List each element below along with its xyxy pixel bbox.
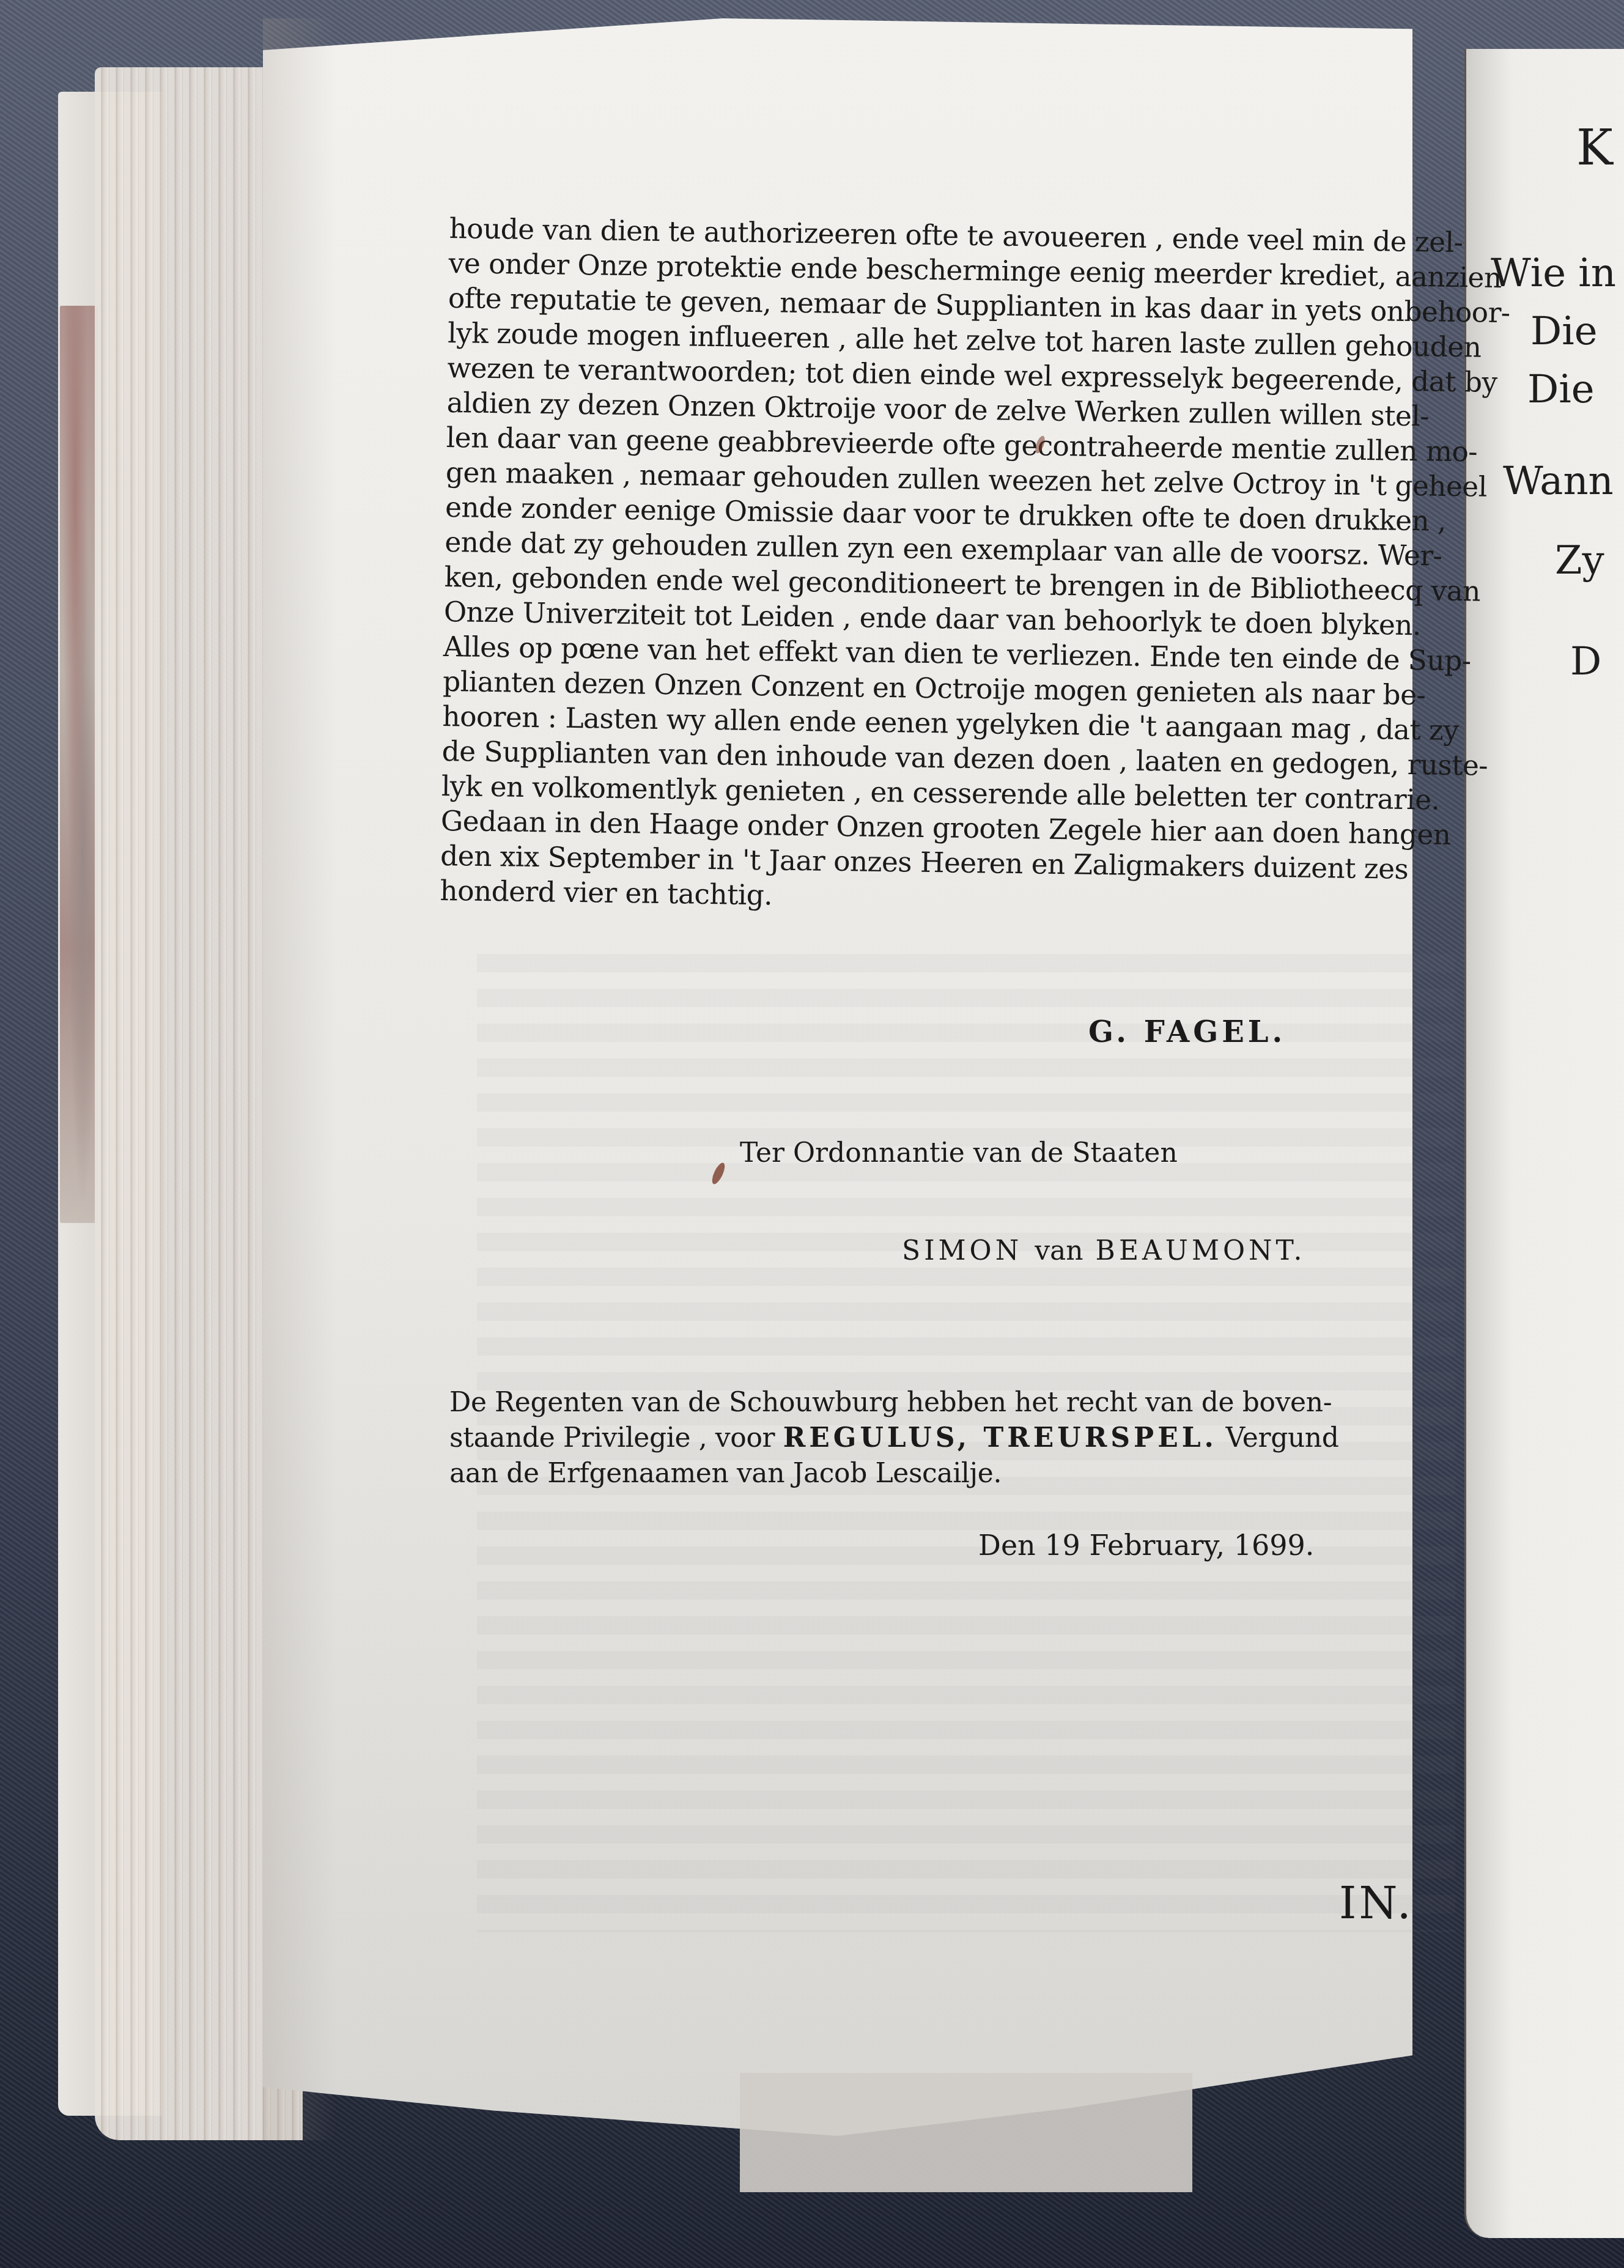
facing-page-fragment: K [1576,119,1613,176]
text-line: De Regenten van de Schouwburg hebben het… [449,1385,1440,1420]
date-line: Den 19 February, 1699. [978,1529,1314,1562]
facing-page-fragment: Die [1527,367,1595,412]
signature-fagel: G. FAGEL. [1088,1015,1286,1049]
play-title: REGULUS, TREURSPEL. [783,1422,1217,1454]
ordonnantie-line: Ter Ordonnantie van de Staaten [740,1137,1178,1169]
signature-particle: van [1035,1235,1083,1266]
facing-page-fragment: Zy [1555,538,1604,583]
text-fragment: staande Privilegie , voor [449,1422,783,1454]
signature-first-name: SIMON [902,1235,1022,1266]
facing-page-fragment: Die [1530,309,1598,354]
facing-page-fragment: D [1570,639,1601,684]
photo-stage: K Wie in Die Die Wann Zy D houde van die… [0,0,1624,2268]
text-fragment: Vergund [1217,1422,1339,1454]
signature-surname: BEAUMONT. [1096,1235,1306,1266]
signature-beaumont: SIMON van BEAUMONT. [902,1235,1305,1266]
catchword: IN. [1339,1877,1414,1929]
facing-page-fragment: Wann [1503,459,1614,504]
regenten-transfer-note: De Regenten van de Schouwburg hebben het… [449,1385,1440,1491]
marbled-endpaper [60,306,98,1223]
privilege-body-text: houde van dien te authorizeeren ofte te … [440,211,1440,922]
facing-page-fragment: Wie in [1491,251,1616,296]
obscured-patch [740,2073,1192,2192]
text-line: aan de Erfgenaamen van Jacob Lescailje. [449,1456,1440,1491]
text-line: staande Privilegie , voor REGULUS, TREUR… [449,1420,1440,1456]
